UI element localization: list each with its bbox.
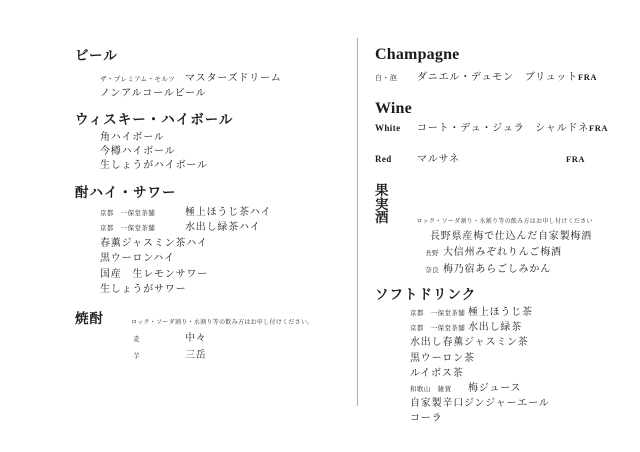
section-whisky-highball: ウィスキー・ハイボール 角ハイボール 今樽ハイボール 生しょうがハイボール [75, 114, 345, 172]
item-type-label: 麦 [100, 334, 185, 343]
item-name: 三岳 [185, 351, 207, 361]
item-list: 京都 一保堂茶舗 極上ほうじ茶 京都 一保堂茶舗 水出し緑茶 水出し春薫ジャスミ… [375, 308, 585, 424]
item-list: 長野県産梅で仕込んだ自家製梅酒 長野 大信州みぞれりんご梅酒 奈良 梅乃宿あらご… [375, 232, 585, 275]
item-name: ルイボス茶 [410, 369, 464, 379]
item-name: 生しょうがハイボール [100, 161, 208, 171]
section-wine: Wine White コート・デュ・ジュラ シャルドネ FRA Red マルサネ… [375, 101, 585, 165]
item-name: 中々 [185, 334, 207, 344]
item-name: 黒ウーロン茶 [410, 354, 475, 364]
item-name: 長野県産梅で仕込んだ自家製梅酒 [430, 232, 592, 242]
section-title: ソフトドリンク [375, 289, 585, 303]
menu-item: コーラ [375, 414, 585, 424]
menu-item: 黒ウーロン茶 [375, 354, 585, 364]
item-origin-label: 京都 一保堂茶舗 [410, 323, 468, 332]
menu-item: 長野県産梅で仕込んだ自家製梅酒 [375, 232, 585, 242]
item-name: マルサネ [417, 155, 460, 165]
item-origin-label: 奈良 [375, 265, 443, 274]
item-type-label: Red [375, 154, 417, 164]
menu-item: 黒ウーロンハイ [75, 254, 345, 264]
item-name: 梅乃宿あらごしみかん [443, 265, 551, 275]
item-name: ダニエル・デュモン ブリュット [417, 73, 578, 83]
menu-left-column: ビール ザ・プレミアム・モルツ マスターズドリーム ノンアルコールビール ウィス… [75, 50, 345, 368]
section-header: 焼酎 ロック・ソーダ割り・水割り等の飲み方はお申し付けください。 [75, 313, 345, 327]
menu-item: 春薫ジャスミン茶ハイ [75, 239, 345, 249]
section-title: 果実酒 [375, 185, 390, 226]
item-name: 角ハイボール [100, 133, 165, 143]
item-name: 大信州みぞれりんご梅酒 [443, 248, 562, 258]
item-name: 春薫ジャスミン茶ハイ [100, 239, 208, 249]
country-label: FRA [566, 154, 585, 164]
item-name: 黒ウーロンハイ [100, 254, 175, 264]
item-name: 極上ほうじ茶 [468, 308, 533, 318]
item-name: 梅ジュース [468, 384, 521, 394]
section-chuhai-sour: 酎ハイ・サワー 京都 一保堂茶舗 極上ほうじ茶ハイ 京都 一保堂茶舗 水出し緑茶… [75, 187, 345, 295]
item-name: 生しょうがサワー [100, 285, 186, 295]
item-list: 角ハイボール 今樽ハイボール 生しょうがハイボール [75, 133, 345, 171]
menu-item: 今樽ハイボール [75, 147, 345, 157]
item-list: White コート・デュ・ジュラ シャルドネ FRA Red マルサネ FRA [375, 123, 585, 165]
item-name: 今樽ハイボール [100, 147, 175, 157]
menu-item: 京都 一保堂茶舗 極上ほうじ茶ハイ [75, 208, 345, 218]
item-name: コーラ [410, 414, 442, 424]
section-champagne: Champagne 白・泡 ダニエル・デュモン ブリュット FRA [375, 47, 585, 83]
item-name: コート・デュ・ジュラ シャルドネ [417, 124, 589, 134]
section-beer: ビール ザ・プレミアム・モルツ マスターズドリーム ノンアルコールビール [75, 50, 345, 99]
country-label: FRA [578, 72, 597, 82]
menu-item: ルイボス茶 [375, 369, 585, 379]
section-title: Wine [375, 101, 585, 117]
item-type-label: 芋 [100, 351, 185, 360]
item-origin-label: 京都 一保堂茶舗 [100, 223, 185, 232]
item-origin-label: 京都 一保堂茶舗 [410, 308, 468, 317]
section-title: 焼酎 [75, 313, 104, 327]
menu-item: 角ハイボール [75, 133, 345, 143]
menu-item: 長野 大信州みぞれりんご梅酒 [375, 248, 585, 258]
item-type-label: 白・泡 [375, 73, 417, 83]
menu-item: 京都 一保堂茶舗 極上ほうじ茶 [375, 308, 585, 318]
menu-item: Red マルサネ FRA [375, 154, 585, 165]
serving-note: ロック・ソーダ割り・水割り等の飲み方はお申し付けください [417, 216, 593, 226]
menu-item: 奈良 梅乃宿あらごしみかん [375, 265, 585, 275]
item-name: 国産 生レモンサワー [100, 270, 208, 280]
item-origin-label: 長野 [375, 248, 443, 257]
column-divider [357, 38, 358, 406]
section-header: 果実酒 ロック・ソーダ割り・水割り等の飲み方はお申し付けください [375, 185, 585, 226]
section-title: 酎ハイ・サワー [75, 187, 345, 201]
item-name: マスターズドリーム [185, 74, 282, 84]
serving-note: ロック・ソーダ割り・水割り等の飲み方はお申し付けください。 [131, 317, 314, 327]
country-label: FRA [589, 123, 608, 133]
item-name: 水出し緑茶ハイ [185, 223, 261, 233]
menu-item: 水出し春薫ジャスミン茶 [375, 338, 585, 348]
item-list: 白・泡 ダニエル・デュモン ブリュット FRA [375, 72, 585, 83]
section-shochu: 焼酎 ロック・ソーダ割り・水割り等の飲み方はお申し付けください。 麦 中々 芋 … [75, 313, 345, 361]
menu-item: 京都 一保堂茶舗 水出し緑茶ハイ [75, 223, 345, 233]
menu-item: 和歌山 雑賀 梅ジュース [375, 384, 585, 394]
item-name: 自家製辛口ジンジャーエール [410, 399, 550, 409]
section-fruit-liquor: 果実酒 ロック・ソーダ割り・水割り等の飲み方はお申し付けください 長野県産梅で仕… [375, 185, 585, 275]
menu-item: ノンアルコールビール [75, 89, 345, 99]
menu-item: 生しょうがハイボール [75, 161, 345, 171]
menu-item: 京都 一保堂茶舗 水出し緑茶 [375, 323, 585, 333]
menu-item: White コート・デュ・ジュラ シャルドネ FRA [375, 123, 585, 134]
section-title: ウィスキー・ハイボール [75, 114, 345, 128]
item-origin-label: 京都 一保堂茶舗 [100, 208, 185, 217]
item-name: 水出し緑茶 [468, 323, 522, 333]
item-name: 水出し春薫ジャスミン茶 [410, 338, 529, 348]
section-title: ビール [75, 50, 345, 64]
menu-item: 芋 三岳 [75, 351, 345, 361]
item-name: ノンアルコールビール [100, 89, 206, 99]
menu-item: ザ・プレミアム・モルツ マスターズドリーム [75, 74, 345, 84]
menu-item: 白・泡 ダニエル・デュモン ブリュット FRA [375, 72, 585, 83]
section-soft-drink: ソフトドリンク 京都 一保堂茶舗 極上ほうじ茶 京都 一保堂茶舗 水出し緑茶 水… [375, 289, 585, 425]
menu-item: 生しょうがサワー [75, 285, 345, 295]
menu-right-column: Champagne 白・泡 ダニエル・デュモン ブリュット FRA Wine W… [375, 47, 585, 430]
item-list: ザ・プレミアム・モルツ マスターズドリーム ノンアルコールビール [75, 74, 345, 99]
menu-item: 麦 中々 [75, 334, 345, 344]
item-list: 麦 中々 芋 三岳 [75, 334, 345, 361]
item-brand-label: ザ・プレミアム・モルツ [100, 74, 185, 83]
item-list: 京都 一保堂茶舗 極上ほうじ茶ハイ 京都 一保堂茶舗 水出し緑茶ハイ 春薫ジャス… [75, 208, 345, 296]
item-name: 極上ほうじ茶ハイ [185, 208, 271, 218]
section-title: Champagne [375, 47, 585, 63]
item-origin-label: 和歌山 雑賀 [410, 384, 468, 393]
menu-item: 国産 生レモンサワー [75, 270, 345, 280]
menu-item: 自家製辛口ジンジャーエール [375, 399, 585, 409]
item-type-label: White [375, 123, 417, 133]
